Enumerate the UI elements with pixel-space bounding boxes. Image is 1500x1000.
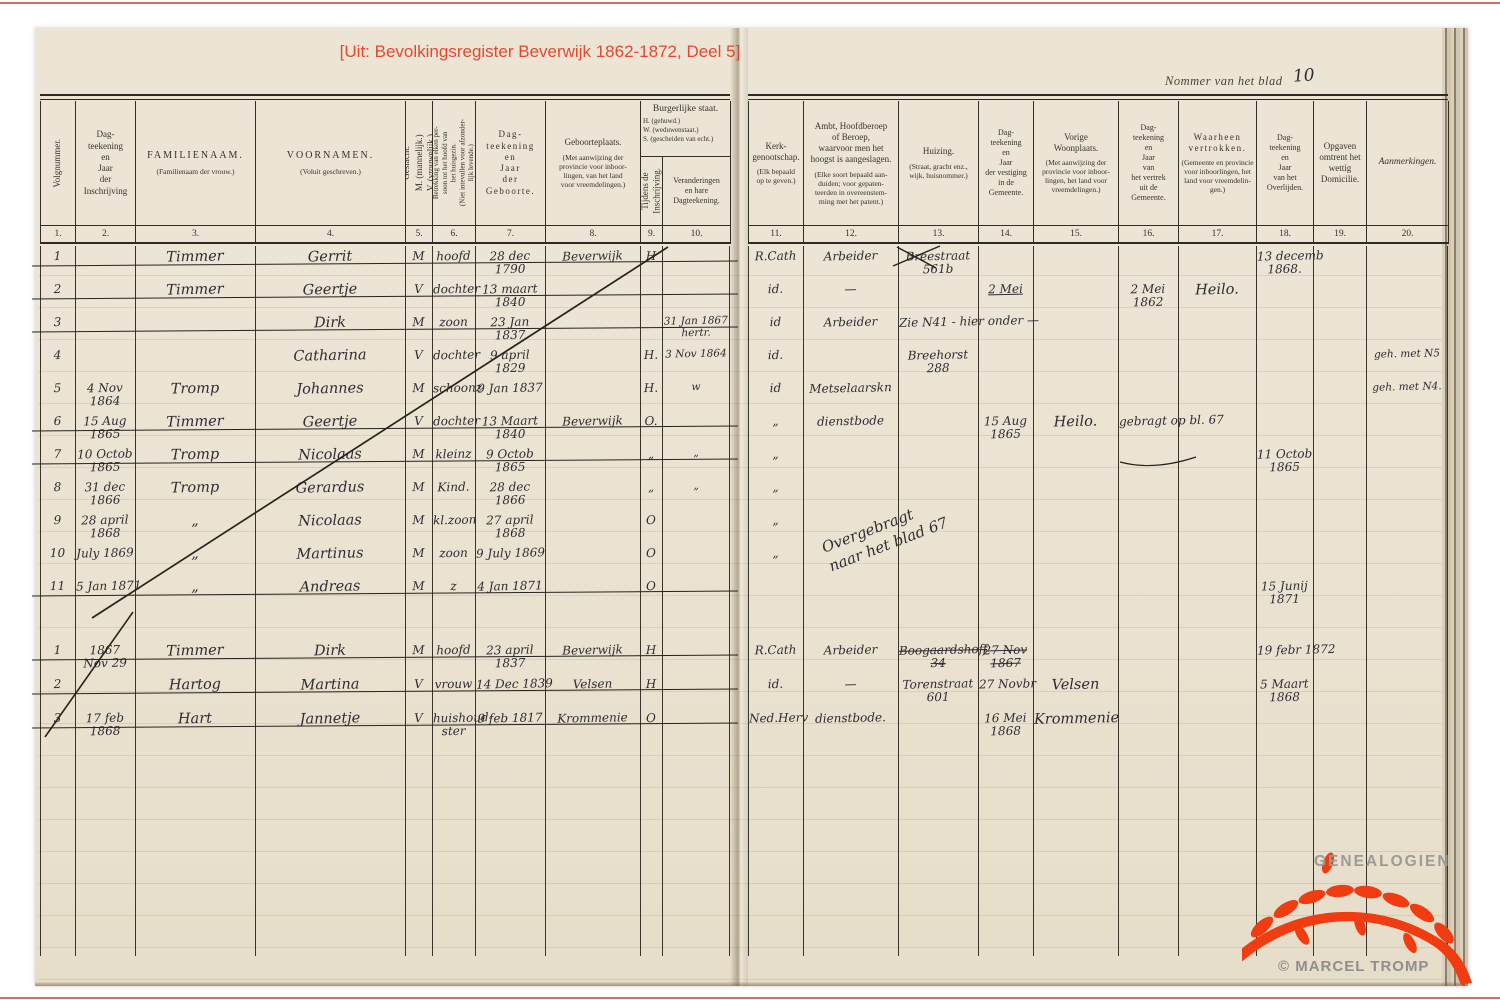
entry-cell: 10 Octob 1865 — [76, 447, 135, 475]
entry-cell: 9 Jan 1837 — [476, 381, 544, 396]
header-col-volgnummer: Volgnummer. — [41, 101, 76, 225]
entry-cell: 27 Nov 1867 — [979, 643, 1033, 670]
entry-cell: R.Cath — [749, 249, 802, 263]
column-number: 20. — [1367, 226, 1449, 242]
entry-cell: M — [406, 644, 431, 658]
entry-cell: 28 dec 1866 — [476, 480, 545, 508]
header-col-kerkgenootschap: Kerk- genootschap. (Elk bepaald op te ge… — [749, 101, 804, 225]
entry-cell: H. — [641, 349, 661, 363]
entry-cell: Heilo. — [1034, 414, 1117, 432]
entry-cell: V — [406, 712, 431, 726]
header-col-geboorteplaats: Geboorteplaats. (Met aanwijzing der prov… — [546, 101, 641, 225]
entry-cell: V — [406, 415, 431, 429]
frame-line-bottom — [0, 997, 1500, 999]
entry-cell: July 1869 — [76, 546, 134, 560]
entry-cell: 17 feb 1868 — [76, 711, 135, 739]
entry-cell: M — [406, 514, 431, 528]
right-table-top-rule — [748, 94, 1448, 100]
header-col-betrekking: Betrekking van elken per- soon tot het h… — [433, 101, 476, 225]
grid-vline — [1178, 246, 1179, 956]
entry-cell: Martinus — [256, 545, 404, 564]
entry-cell: 2 — [41, 678, 74, 692]
entry-cell: V — [406, 678, 431, 692]
entry-cell: Heilo. — [1179, 282, 1255, 300]
entry-cell: O — [641, 514, 661, 528]
header-col-beroep: Ambt, Hoofdberoep of Beroep, waarvoor me… — [804, 101, 899, 225]
grid-vline — [75, 246, 76, 956]
entry-cell: id. — [749, 677, 802, 691]
entry-cell: 15 Junij 1871 — [1257, 579, 1313, 607]
genealogien-logo: GENEALOGIEN © MARCEL TROMP — [1242, 843, 1475, 985]
sheet-number-label: Nommer van het blad — [1165, 74, 1282, 89]
entry-cell: M — [406, 448, 431, 462]
entry-cell: 5 Jan 1871 — [76, 579, 134, 593]
column-number: 16. — [1119, 226, 1179, 242]
entry-cell: 3 Nov 1864 — [663, 348, 729, 361]
entry-cell: Tromp — [136, 480, 254, 498]
entry-cell: 5 — [41, 382, 74, 396]
entry-cell: 8 — [41, 481, 74, 495]
right-column-numbers: 11.12.13.14.15.16.17.18.19.20. — [748, 226, 1449, 244]
entry-cell: 10 — [41, 547, 74, 561]
entry-cell: w — [663, 381, 729, 394]
page-fold — [730, 28, 748, 986]
entry-cell: Metselaarskn — [804, 381, 897, 396]
entry-cell: 7 — [41, 448, 74, 462]
entry-cell: schoonz — [433, 382, 474, 396]
entry-cell: M — [406, 250, 431, 264]
entry-cell: 5 Maart 1868 — [1257, 677, 1313, 705]
entry-cell: 27 april 1868 — [476, 513, 545, 541]
grid-vline — [545, 246, 546, 956]
column-number: 14. — [979, 226, 1034, 242]
entry-cell: 3 — [41, 316, 74, 330]
entry-cell: 28 april 1868 — [76, 513, 135, 541]
header-col-overlijden: Dag- teekening en Jaar van het Overlijde… — [1257, 101, 1314, 225]
entry-cell: geh. met N4. — [1367, 381, 1447, 394]
page-caption: [Uit: Bevolkingsregister Beverwijk 1862-… — [300, 42, 780, 62]
entry-cell: Velsen — [1034, 677, 1117, 695]
header-col-vertrek: Dag- teekening en Jaar van het vertrek u… — [1119, 101, 1179, 225]
column-number: 17. — [1179, 226, 1257, 242]
column-number: 5. — [406, 226, 433, 242]
header-col-vestiging: Dag- teekening en Jaar der vestiging in … — [979, 101, 1034, 225]
entry-cell: M — [406, 547, 431, 561]
column-number: 12. — [804, 226, 899, 242]
entry-cell: 9 — [41, 514, 74, 528]
entry-cell: M — [406, 382, 431, 396]
left-table-body: 1TimmerGerritMhoofd28 dec 1790BeverwijkH… — [40, 246, 731, 956]
entry-cell: 3 — [41, 712, 74, 726]
column-number: 18. — [1257, 226, 1314, 242]
entry-cell: 15 Aug 1865 — [76, 414, 135, 442]
entry-cell: Arbeider — [804, 315, 897, 330]
entry-cell: 6 — [41, 415, 74, 429]
entry-cell: dochter — [433, 349, 474, 363]
column-number: 10. — [663, 226, 731, 242]
entry-cell: „ — [749, 447, 802, 461]
column-number: 6. — [433, 226, 476, 242]
header-col-huizing: Huizing. (Straat, gracht enz., wijk, hui… — [899, 101, 979, 225]
entry-cell: dienstbode. — [804, 711, 897, 726]
header-col-aanmerkingen: Aanmerkingen. — [1367, 101, 1449, 225]
entry-cell: zoon — [433, 547, 474, 561]
burgerlijke-staat-legend: H. (gehuwd.) W. (weduwenstaat.) S. (gesc… — [643, 117, 728, 143]
entry-cell: 1867 Nov 29 — [76, 643, 135, 671]
entry-cell: „ — [641, 481, 661, 495]
entry-cell: „ — [136, 513, 254, 531]
entry-cell: „ — [749, 513, 802, 527]
sheet-number-value: 10 — [1292, 65, 1315, 86]
entry-cell: Kind. — [433, 481, 474, 495]
entry-cell: Catharina — [256, 347, 404, 366]
entry-cell: Boogaardshoff 34 — [899, 643, 978, 671]
entry-cell: geh. met N5 — [1367, 348, 1447, 361]
grid-vline — [1033, 246, 1034, 956]
column-number: 15. — [1034, 226, 1119, 242]
entry-cell: gebragt op bl. 67 — [1119, 414, 1177, 428]
column-number: 4. — [256, 226, 406, 242]
entry-cell: „ — [136, 546, 254, 564]
grid-vline — [803, 246, 804, 956]
header-col-voornamen: VOORNAMEN. (Voluit geschreven.) — [256, 101, 406, 225]
entry-cell: id — [749, 315, 802, 329]
header-col-inschrijving: Dag- teekening en Jaar der Inschrijving — [76, 101, 136, 225]
entry-cell: dienstbode — [804, 414, 897, 429]
entry-cell: 9 July 1869 — [476, 546, 544, 561]
header-col-tijdens-inschrijving: Tijdens de Inschrijving. — [641, 157, 663, 225]
logo-copyright-text: © MARCEL TROMP — [1278, 958, 1429, 975]
entry-cell: M — [406, 580, 431, 594]
logo-brand-text: GENEALOGIEN — [1314, 853, 1451, 871]
entry-cell: 2 Mei 1862 — [1119, 282, 1178, 310]
entry-cell: Krommenie — [1034, 711, 1117, 729]
entry-cell: „ — [663, 480, 729, 493]
entry-cell: 1 — [41, 644, 74, 658]
column-number: 19. — [1314, 226, 1367, 242]
header-col-familienaam: FAMILIENAAM. (Familienaam der vrouw.) — [136, 101, 256, 225]
entry-cell: Tromp — [136, 381, 254, 399]
entry-cell: 2 — [41, 283, 74, 297]
column-number: 8. — [546, 226, 641, 242]
entry-cell: id. — [749, 348, 802, 362]
entry-cell: R.Cath — [749, 643, 802, 657]
entry-cell: Nicolaas — [256, 512, 404, 531]
entry-cell: id. — [749, 282, 802, 296]
entry-cell: 4 Nov 1864 — [76, 381, 135, 409]
frame-line-top — [0, 2, 1500, 4]
header-col-geslacht: Geslacht. M. (mannelijk.) V. (vrouwelijk… — [406, 101, 433, 225]
entry-cell: 15 Aug 1865 — [979, 414, 1033, 441]
entry-cell: Arbeider — [804, 643, 897, 658]
entry-cell: H. — [641, 382, 661, 396]
right-table-header: Kerk- genootschap. (Elk bepaald op te ge… — [748, 101, 1449, 226]
entry-cell: V — [406, 283, 431, 297]
entry-cell: Gerardus — [256, 479, 404, 498]
column-number: 3. — [136, 226, 256, 242]
column-number: 11. — [749, 226, 804, 242]
header-col-vorige-woonplaats: Vorige Woonplaats. (Met aanwijzing der p… — [1034, 101, 1119, 225]
column-number: 9. — [641, 226, 663, 242]
entry-cell: „ — [749, 480, 802, 494]
header-col-veranderingen: Veranderingen en hare Dagteekening. — [663, 157, 730, 225]
entry-cell: Johannes — [256, 380, 404, 399]
entry-cell: — — [804, 282, 897, 297]
entry-cell: V — [406, 349, 431, 363]
entry-cell: Breehorst 288 — [899, 348, 978, 376]
entry-cell: 11 — [41, 580, 74, 594]
column-number: 1. — [41, 226, 76, 242]
entry-cell: Breestraat 561b — [899, 249, 978, 277]
entry-cell: 11 Octob 1865 — [1257, 447, 1313, 475]
left-table-header: Volgnummer. Dag- teekening en Jaar der I… — [40, 101, 731, 226]
entry-cell: 13 decemb 1868. — [1257, 249, 1313, 277]
entry-cell: Zie N41 - hier onder — — [899, 315, 977, 330]
entry-cell: Arbeider — [804, 249, 897, 264]
entry-cell: „ — [749, 414, 802, 428]
entry-cell: M — [406, 316, 431, 330]
entry-cell: 27 Novbr — [979, 677, 1032, 691]
grid-vline — [135, 246, 136, 956]
grid-vline — [978, 246, 979, 956]
entry-cell: 19 febr 1872 — [1257, 643, 1312, 657]
grid-vline — [729, 246, 730, 956]
left-table-top-rule — [40, 94, 730, 100]
entry-cell: 4 — [41, 349, 74, 363]
column-number: 2. — [76, 226, 136, 242]
entry-cell: Ned.Herv — [749, 711, 802, 725]
header-col-domicilie: Opgaven omtrent het wettig Domicilie. — [1314, 101, 1367, 225]
entry-cell: 31 dec 1866 — [76, 480, 135, 508]
grid-vline — [1118, 246, 1119, 956]
entry-cell: Torenstraat 601 — [899, 677, 978, 705]
entry-cell: 16 Mei 1868 — [979, 711, 1033, 738]
left-column-numbers: 1.2.3.4.5.6.7.8.9.10. — [40, 226, 731, 244]
entry-cell: 2 Mei — [979, 282, 1032, 296]
entry-cell: „ — [749, 546, 802, 560]
column-number: 13. — [899, 226, 979, 242]
burgerlijke-staat-title: Burgerlijke staat. — [643, 104, 728, 114]
entry-cell: O — [641, 547, 661, 561]
header-col-geboorte: Dag- teekening en Jaar der Geboorte. — [476, 101, 546, 225]
entry-cell: M — [406, 481, 431, 495]
entry-cell: id — [749, 381, 802, 395]
entry-cell: 9 april 1829 — [476, 348, 545, 376]
entry-cell: kl.zoon — [433, 514, 474, 528]
entry-cell: 1 — [41, 250, 74, 264]
header-col-waarheen: Waarheen vertrokken. (Gemeente en provin… — [1179, 101, 1257, 225]
entry-cell: — — [804, 677, 897, 692]
column-number: 7. — [476, 226, 546, 242]
header-group-burgerlijke-staat: Burgerlijke staat. H. (gehuwd.) W. (wedu… — [641, 101, 731, 225]
